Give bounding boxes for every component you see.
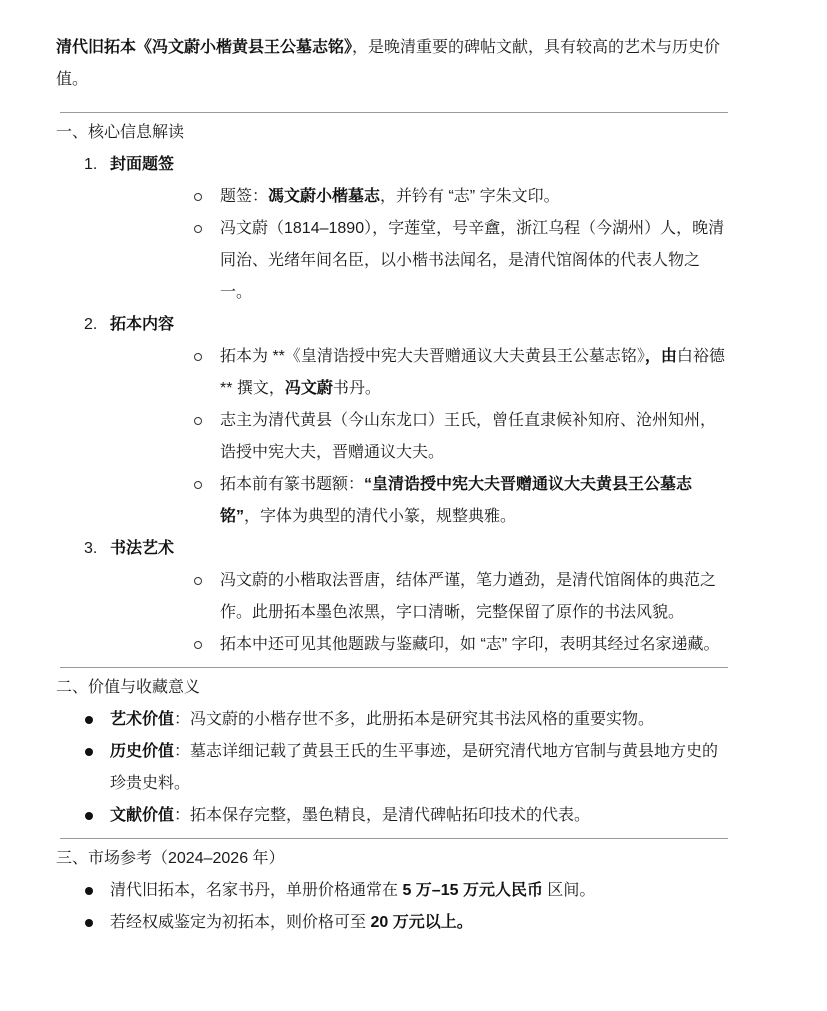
section-title-value: 二、价值与收藏意义 [56,672,728,704]
list-number: 3. [84,533,97,565]
item-text-bold: 5 万–15 万元人民币 [402,882,543,899]
sub-text: 拓本为 **《皇清诰授中宪大夫晋赠通议大夫黄县王公墓志铭》 [220,348,645,365]
circle-bullet-icon [194,193,202,201]
sub-text: 冯文蔚（1814–1890），字莲堂，号辛盦，浙江乌程（今湖州）人，晚清同治、光… [220,220,724,301]
core-info-list: 1. 封面题签 题签：馮文蔚小楷墓志，并钤有 “志” 字朱文印。 冯文蔚（181… [56,149,728,661]
divider [60,838,728,839]
sub-list-item: 志主为清代黄县（今山东龙口）王氏，曾任直隶候补知府、沧州知州，诰授中宪大夫，晋赠… [111,405,728,469]
item-text: ：拓本保存完整，墨色精良，是清代碑帖拓印技术的代表。 [174,807,590,824]
disc-bullet-icon [85,919,93,927]
list-number: 1. [84,149,97,181]
item-text: 清代旧拓本，名家书丹，单册价格通常在 [110,882,402,899]
item-text-bold: 20 万元以上。 [370,914,472,931]
item-text: 区间。 [543,882,595,899]
list-item-historical-value: 历史价值：墓志详细记载了黄县王氏的生平事迹，是研究清代地方官制与黄县地方史的珍贵… [56,736,728,800]
divider [60,667,728,668]
sub-text: 拓本前有篆书题额： [220,476,364,493]
disc-bullet-icon [85,812,93,820]
sub-text-bold: 馮文蔚小楷墓志 [268,188,380,205]
list-item-artistic-value: 艺术价值：冯文蔚的小楷存世不多，此册拓本是研究其书法风格的重要实物。 [56,704,728,736]
item-text: ：墓志详细记载了黄县王氏的生平事迹，是研究清代地方官制与黄县地方史的珍贵史料。 [110,743,718,792]
list-item-price-range: 清代旧拓本，名家书丹，单册价格通常在 5 万–15 万元人民币 区间。 [56,875,728,907]
sub-text: 拓本中还可见其他题跋与鉴藏印，如 “志” 字印，表明其经过名家递藏。 [220,636,720,653]
circle-bullet-icon [194,353,202,361]
list-item-first-rubbing-price: 若经权威鉴定为初拓本，则价格可至 20 万元以上。 [56,907,728,939]
sub-list-item: 冯文蔚的小楷取法晋唐，结体严谨，笔力遒劲，是清代馆阁体的典范之作。此册拓本墨色浓… [111,565,728,629]
sub-list-item: 拓本前有篆书题额：“皇清诰授中宪大夫晋赠通议大夫黄县王公墓志铭”，字体为典型的清… [111,469,728,533]
item-text: 若经权威鉴定为初拓本，则价格可至 [110,914,370,931]
sub-list: 拓本为 **《皇清诰授中宪大夫晋赠通议大夫黄县王公墓志铭》，由白裕德 ** 撰文… [110,341,728,533]
sub-text-bold: 冯文蔚 [285,380,333,397]
item-label: 文献价值 [110,807,174,824]
sub-list-item: 冯文蔚（1814–1890），字莲堂，号辛盦，浙江乌程（今湖州）人，晚清同治、光… [111,213,728,309]
sub-text-bold: ，由 [645,348,677,365]
intro-title: 清代旧拓本《冯文蔚小楷黄县王公墓志铭》 [56,39,352,56]
disc-bullet-icon [85,887,93,895]
section-title-market: 三、市场参考（2024–2026 年） [56,843,728,875]
section-title-core-info: 一、核心信息解读 [56,117,728,149]
sub-text: 书丹。 [333,380,381,397]
circle-bullet-icon [194,481,202,489]
sub-list: 冯文蔚的小楷取法晋唐，结体严谨，笔力遒劲，是清代馆阁体的典范之作。此册拓本墨色浓… [110,565,728,661]
circle-bullet-icon [194,225,202,233]
circle-bullet-icon [194,641,202,649]
sub-text: 志主为清代黄县（今山东龙口）王氏，曾任直隶候补知府、沧州知州，诰授中宪大夫，晋赠… [220,412,716,461]
market-list: 清代旧拓本，名家书丹，单册价格通常在 5 万–15 万元人民币 区间。 若经权威… [56,875,728,939]
list-item-heading: 拓本内容 [110,316,174,333]
item-label: 历史价值 [110,743,174,760]
list-number: 2. [84,309,97,341]
item-label: 艺术价值 [110,711,174,728]
item-text: ：冯文蔚的小楷存世不多，此册拓本是研究其书法风格的重要实物。 [174,711,654,728]
divider [60,112,728,113]
list-item-cover-label: 1. 封面题签 题签：馮文蔚小楷墓志，并钤有 “志” 字朱文印。 冯文蔚（181… [56,149,728,309]
sub-text: ，并钤有 “志” 字朱文印。 [380,188,560,205]
sub-list-item: 拓本为 **《皇清诰授中宪大夫晋赠通议大夫黄县王公墓志铭》，由白裕德 ** 撰文… [111,341,728,405]
list-item-documentary-value: 文献价值：拓本保存完整，墨色精良，是清代碑帖拓印技术的代表。 [56,800,728,832]
sub-list-item: 拓本中还可见其他题跋与鉴藏印，如 “志” 字印，表明其经过名家递藏。 [111,629,728,661]
document: 清代旧拓本《冯文蔚小楷黄县王公墓志铭》，是晚清重要的碑帖文献，具有较高的艺术与历… [56,32,728,939]
sub-text: 冯文蔚的小楷取法晋唐，结体严谨，笔力遒劲，是清代馆阁体的典范之作。此册拓本墨色浓… [220,572,716,621]
sub-list: 题签：馮文蔚小楷墓志，并钤有 “志” 字朱文印。 冯文蔚（1814–1890），… [110,181,728,309]
list-item-calligraphy: 3. 书法艺术 冯文蔚的小楷取法晋唐，结体严谨，笔力遒劲，是清代馆阁体的典范之作… [56,533,728,661]
circle-bullet-icon [194,417,202,425]
sub-list-item: 题签：馮文蔚小楷墓志，并钤有 “志” 字朱文印。 [111,181,728,213]
disc-bullet-icon [85,716,93,724]
value-list: 艺术价值：冯文蔚的小楷存世不多，此册拓本是研究其书法风格的重要实物。 历史价值：… [56,704,728,832]
list-item-heading: 书法艺术 [110,540,174,557]
disc-bullet-icon [85,748,93,756]
list-item-heading: 封面题签 [110,156,174,173]
sub-text: 题签： [220,188,268,205]
list-item-rubbing-content: 2. 拓本内容 拓本为 **《皇清诰授中宪大夫晋赠通议大夫黄县王公墓志铭》，由白… [56,309,728,533]
circle-bullet-icon [194,577,202,585]
intro-paragraph: 清代旧拓本《冯文蔚小楷黄县王公墓志铭》，是晚清重要的碑帖文献，具有较高的艺术与历… [56,32,728,96]
sub-text: ，字体为典型的清代小篆，规整典雅。 [244,508,516,525]
